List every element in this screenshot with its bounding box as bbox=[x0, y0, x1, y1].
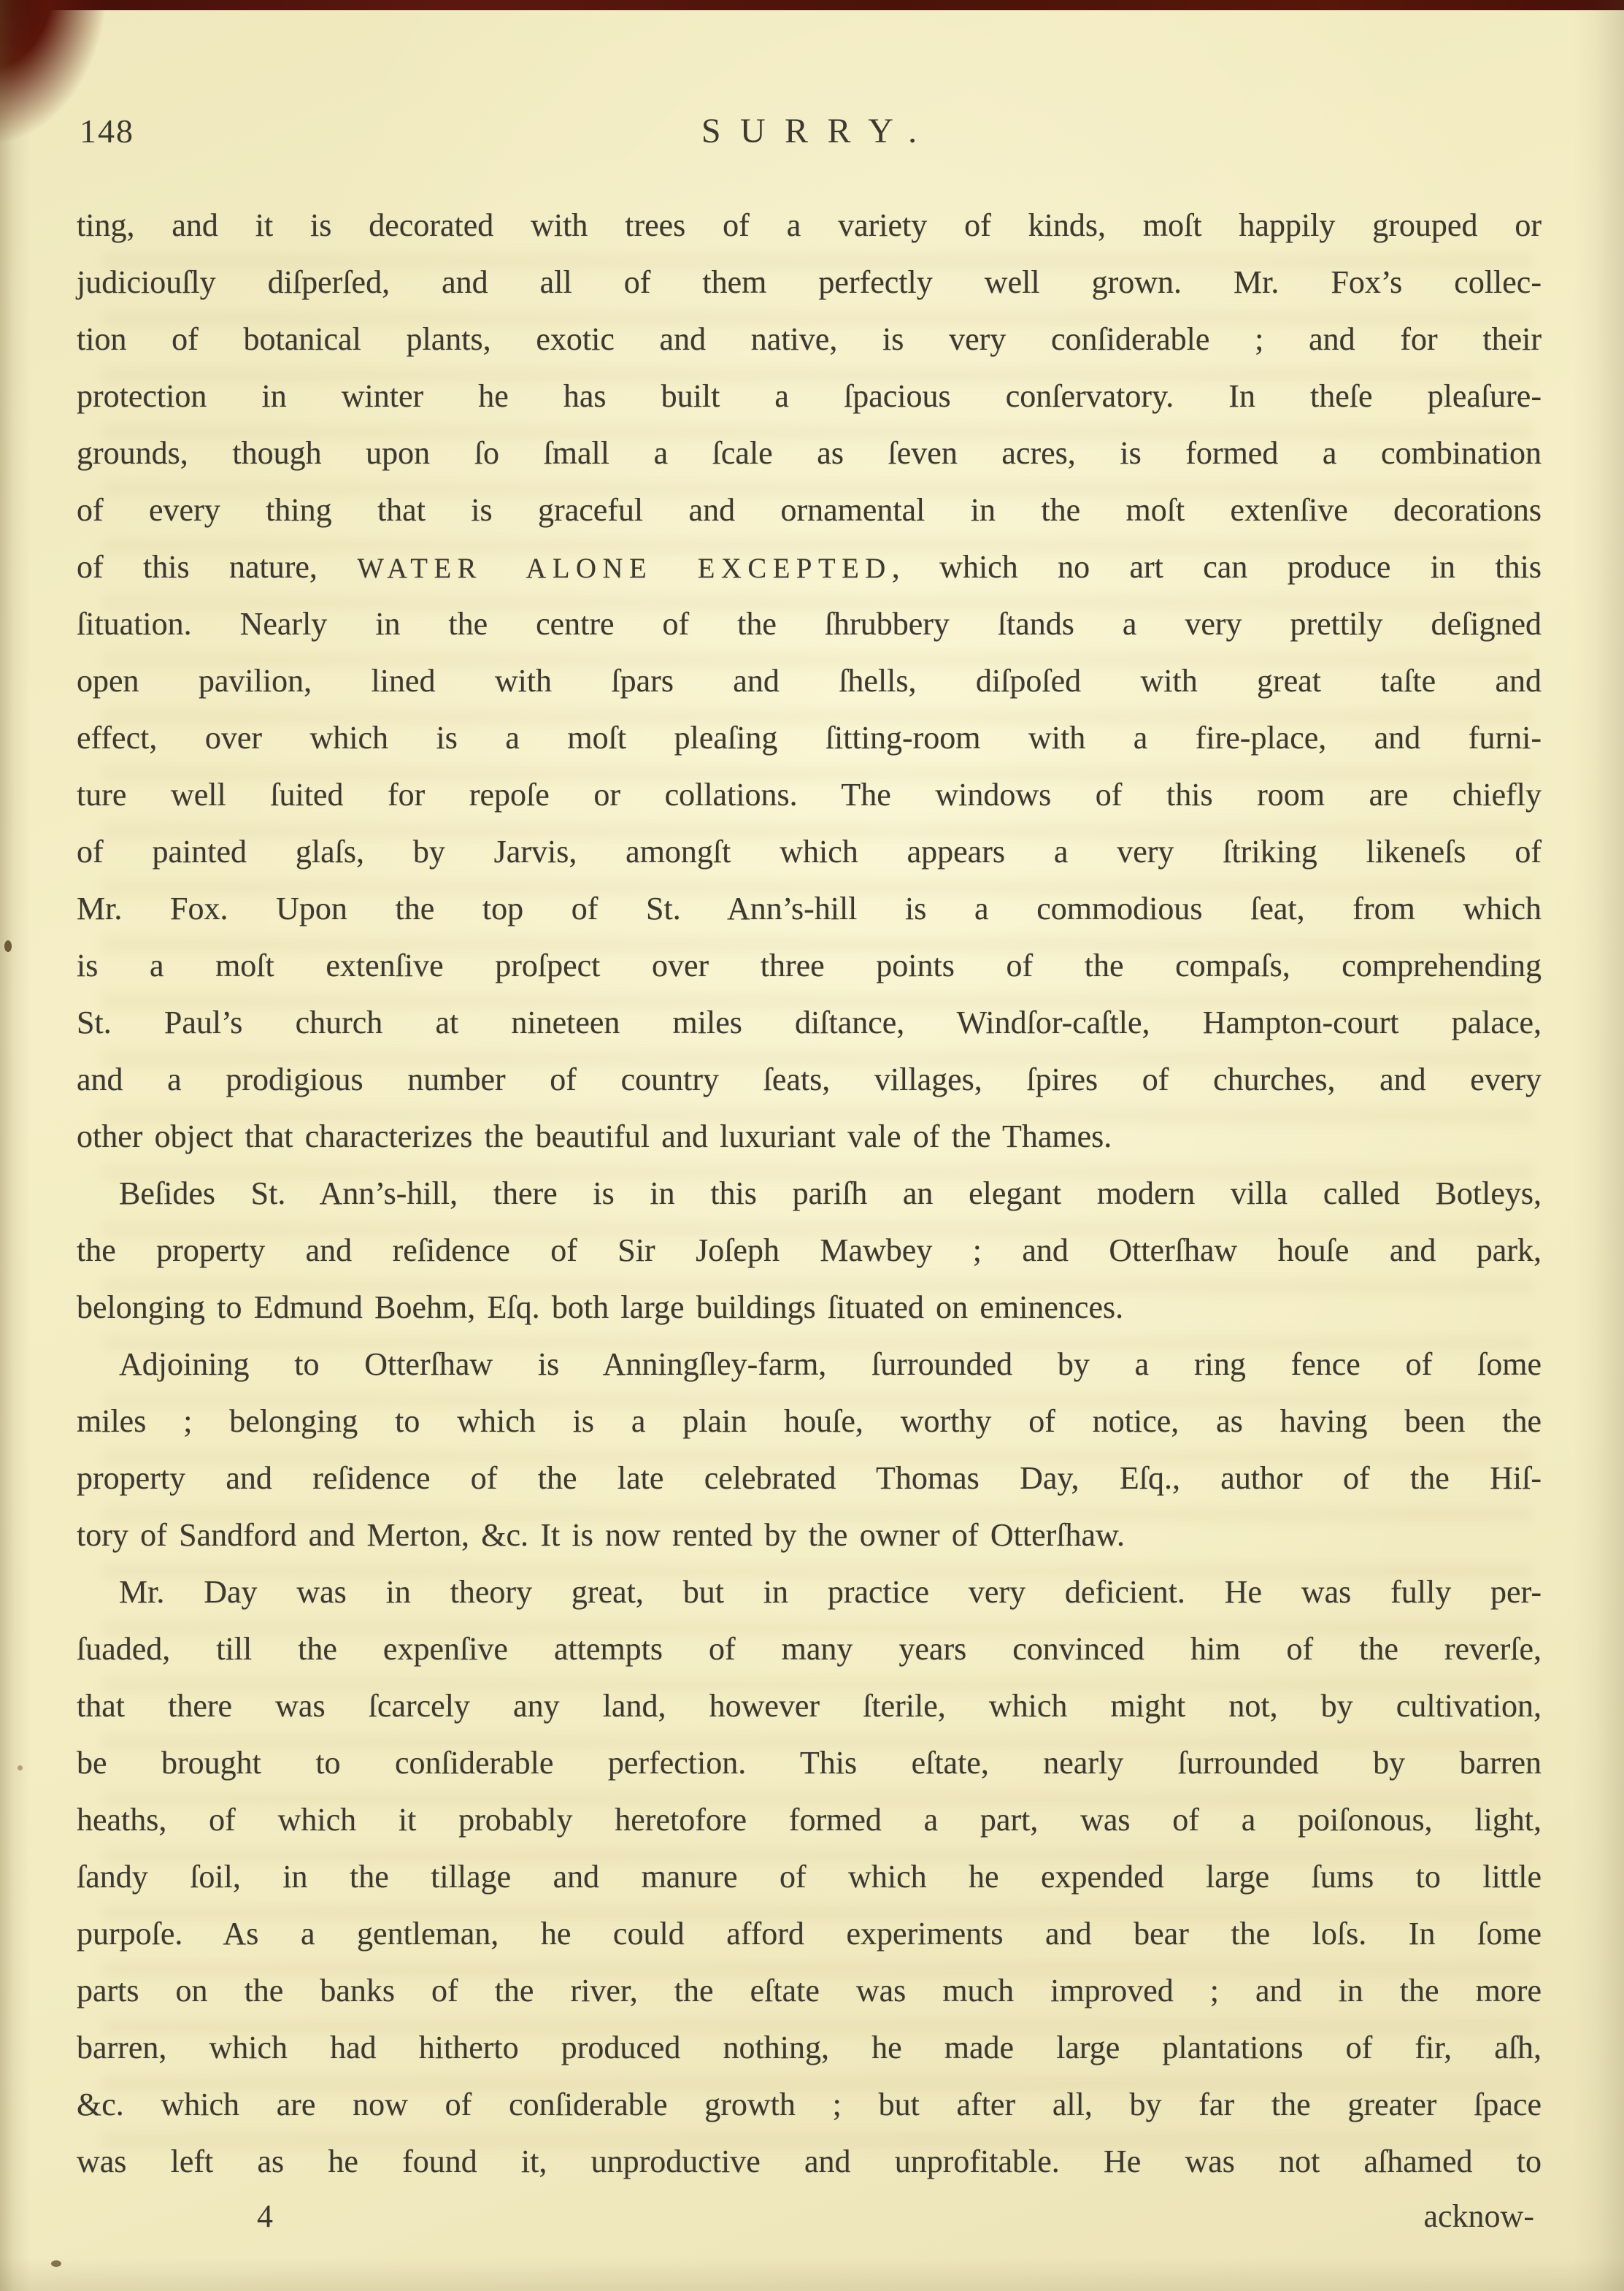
small-caps-phrase: WATER ALONE EXCEPTED bbox=[357, 553, 891, 584]
text-line: and a prodigious number of country ſeats… bbox=[77, 1051, 1542, 1108]
scan-artifact-left-shade bbox=[0, 0, 31, 2291]
text-line: parts on the banks of the river, the eſt… bbox=[77, 1962, 1542, 2019]
text-line: belonging to Edmund Boehm, Eſq. both lar… bbox=[77, 1279, 1542, 1336]
running-title: SURRY. bbox=[77, 108, 1542, 155]
catchword: acknow- bbox=[1424, 2195, 1535, 2238]
text-line: is a moſt extenſive proſpect over three … bbox=[77, 937, 1542, 994]
text-line: Beſides St. Ann’s-hill, there is in this… bbox=[77, 1165, 1542, 1222]
text-line: judiciouſly diſperſed, and all of them p… bbox=[77, 254, 1542, 311]
text-line: of painted glaſs, by Jarvis, amongſt whi… bbox=[77, 824, 1542, 880]
paragraph: Adjoining to Otterſhaw is Anningſley-far… bbox=[77, 1336, 1542, 1564]
text-line: heaths, of which it probably heretofore … bbox=[77, 1792, 1542, 1849]
paragraph: Beſides St. Ann’s-hill, there is in this… bbox=[77, 1165, 1542, 1336]
text-line: St. Paul’s church at nineteen miles diſt… bbox=[77, 994, 1542, 1051]
text-line: tory of Sandford and Merton, &c. It is n… bbox=[77, 1507, 1542, 1564]
text-line: ſituation. Nearly in the centre of the ſ… bbox=[77, 596, 1542, 653]
text-line: purpoſe. As a gentleman, he could afford… bbox=[77, 1906, 1542, 1962]
paragraph: ting, and it is decorated with trees of … bbox=[77, 197, 1542, 1165]
text-line: effect, over which is a moſt pleaſing ſi… bbox=[77, 710, 1542, 767]
scan-artifact-right-shade bbox=[1573, 0, 1624, 2291]
text-line: ſuaded, till the expenſive attempts of m… bbox=[77, 1621, 1542, 1678]
text-line: Mr. Day was in theory great, but in prac… bbox=[77, 1564, 1542, 1621]
text-line: that there was ſcarcely any land, howeve… bbox=[77, 1678, 1542, 1735]
text-line: miles ; belonging to which is a plain ho… bbox=[77, 1393, 1542, 1450]
text-line: ture well ſuited for repoſe or collation… bbox=[77, 767, 1542, 824]
paragraph: Mr. Day was in theory great, but in prac… bbox=[77, 1564, 1542, 2190]
scan-artifact-bottom-shade bbox=[0, 2257, 1624, 2291]
scan-speck bbox=[18, 1765, 23, 1770]
book-page-scan: 148 SURRY. ting, and it is decorated wit… bbox=[0, 0, 1624, 2291]
text-line: barren, which had hitherto produced noth… bbox=[77, 2019, 1542, 2076]
text-line: open pavilion, lined with ſpars and ſhel… bbox=[77, 653, 1542, 710]
text-line: protection in winter he has built a ſpac… bbox=[77, 368, 1542, 425]
scan-artifact-top-binding-edge bbox=[0, 0, 1624, 10]
text-line: property and reſidence of the late celeb… bbox=[77, 1450, 1542, 1507]
signature-mark: 4 bbox=[257, 2195, 273, 2238]
text-line: Adjoining to Otterſhaw is Anningſley-far… bbox=[77, 1336, 1542, 1393]
scan-speck bbox=[4, 940, 12, 952]
text-line: other object that characterizes the beau… bbox=[77, 1108, 1542, 1165]
text-line: the property and reſidence of Sir Joſeph… bbox=[77, 1222, 1542, 1279]
text-line: be brought to conſiderable perfection. T… bbox=[77, 1735, 1542, 1792]
page-footer: 4 acknow- bbox=[77, 2195, 1542, 2238]
text-line: tion of botanical plants, exotic and nat… bbox=[77, 311, 1542, 368]
page-header: 148 SURRY. bbox=[77, 108, 1542, 155]
text-line: ting, and it is decorated with trees of … bbox=[77, 197, 1542, 254]
text-line: of this nature, WATER ALONE EXCEPTED, wh… bbox=[77, 539, 1542, 596]
text-block: ting, and it is decorated with trees of … bbox=[77, 197, 1542, 2190]
text-line: grounds, though upon ſo ſmall a ſcale as… bbox=[77, 425, 1542, 482]
text-line: ſandy ſoil, in the tillage and manure of… bbox=[77, 1849, 1542, 1906]
scan-speck bbox=[51, 2260, 61, 2267]
text-line: &c. which are now of conſiderable growth… bbox=[77, 2076, 1542, 2133]
text-line: was left as he found it, unproductive an… bbox=[77, 2133, 1542, 2190]
text-line: Mr. Fox. Upon the top of St. Ann’s-hill … bbox=[77, 880, 1542, 937]
text-line: of every thing that is graceful and orna… bbox=[77, 482, 1542, 539]
